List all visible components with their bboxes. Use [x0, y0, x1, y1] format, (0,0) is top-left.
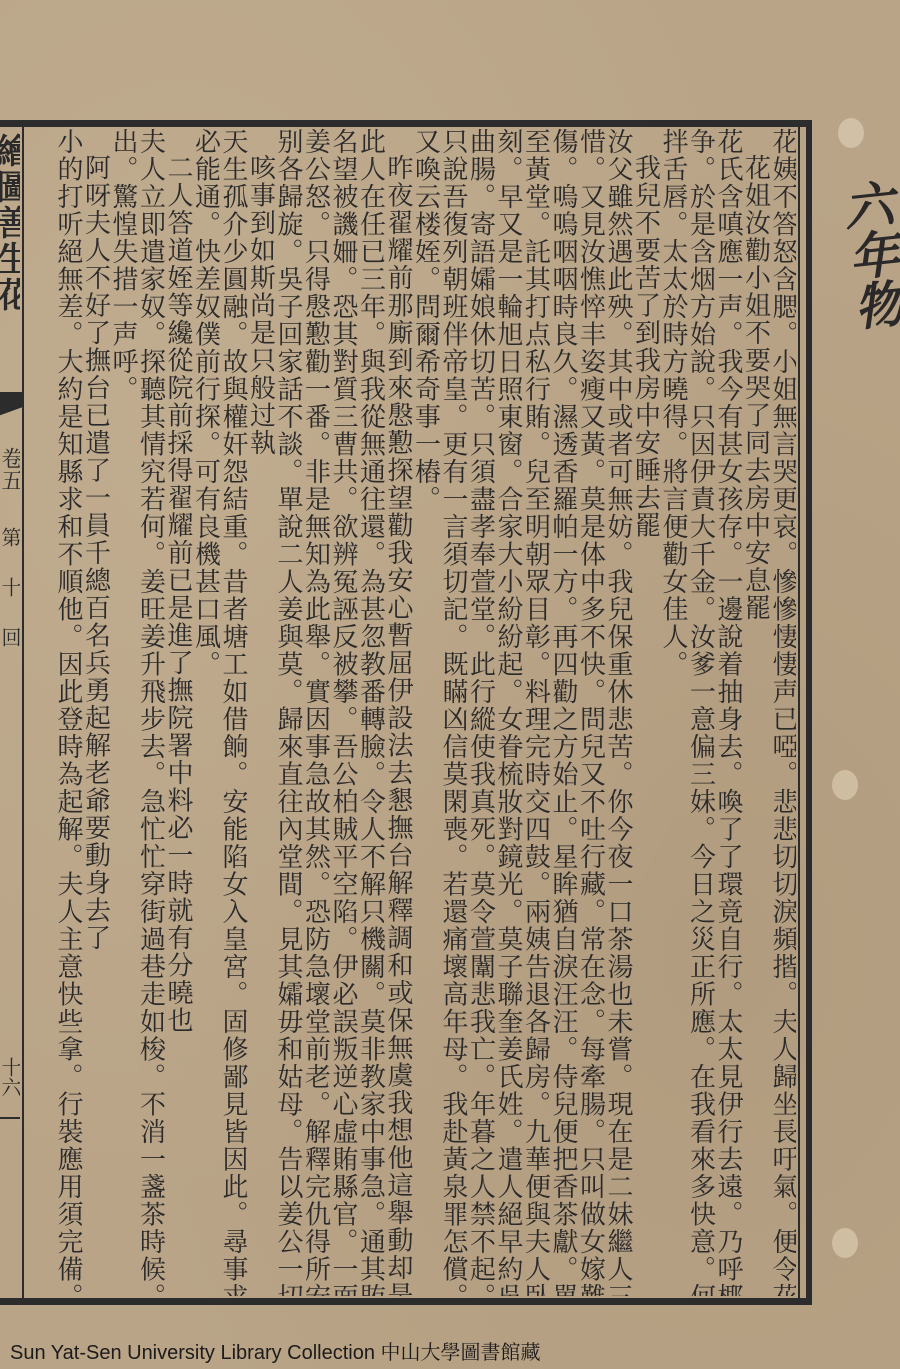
- text-column: 天生孤介少圓融。故與權奸怨結重。昔者塘工如借餉。安能陷女入皇宮。固修鄙見皆因此。…: [219, 128, 247, 1296]
- text-column: 至黃堂。託其打点私行賄。兒至明朝眾目彰。料理完時交四鼓。兩姨告退各歸房。九華便與…: [521, 128, 549, 1296]
- text-column: 阿呀夫人不好了撫台已遣了一員千總百名兵勇起解老爺要動身去了: [81, 128, 109, 1296]
- collection-caption: Sun Yat-Sen University Library Collectio…: [10, 1336, 541, 1365]
- text-column: 花姨不答怒含腮。小姐無言哭更哀。慘慘悽悽声已啞。悲悲切切淚頻揩。夫人歸坐長吁氣。…: [769, 128, 797, 1296]
- paper-blemish: [832, 770, 858, 800]
- text-column: 花姐汝勸小姐不要哭了同去房中安息罷: [741, 128, 769, 1296]
- caption-chinese: 中山大學圖書館藏: [381, 1340, 541, 1364]
- text-column: 出。驚惶失措一声呼。: [109, 128, 137, 1296]
- text-column: 此人在任已三年。與我從無通往還。為甚忽教番轉臉。令人不解只機關。莫非教家中事急。…: [356, 128, 384, 1296]
- handwritten-annotation: 六年物: [830, 177, 900, 332]
- text-column: 傷。嗚嗚咽咽時良久。濕透香羅帕一方。再四勸之方始止。星眸猶自淚汪汪。侍兒便把香茶…: [549, 128, 577, 1296]
- caption-english: Sun Yat-Sen University Library Collectio…: [10, 1342, 375, 1364]
- text-column: 咳事到如斯尚是只般过執: [246, 128, 274, 1296]
- text-column: 拌舌唇。太太於時方曉得。將言便勸女佳人。: [659, 128, 687, 1296]
- text-column: 别各歸旋。吳子回家話不談。單說二人姜與莫。歸來直往內堂間。見其孀毋和姑母。告以姜…: [274, 128, 302, 1296]
- chapter-label: 第十回: [0, 527, 20, 767]
- book-title: 繪圖善生花: [0, 133, 20, 393]
- text-column: 刻。早又是一輪旭日照東窗。合家大小紛紛起。女眷梳妝對鏡光。莫子聯奎姜氏姓。遣人絕…: [494, 128, 522, 1296]
- text-column: 又喚云楼姪。問爾希奇事一樁。: [411, 128, 439, 1296]
- inner-border-line: [798, 127, 800, 1298]
- fishtail-mark: [0, 392, 22, 426]
- body-text: 花姨不答怒含腮。小姐無言哭更哀。慘慘悽悽声已啞。悲悲切切淚頻揩。夫人歸坐長吁氣。…: [28, 128, 796, 1296]
- text-column: 汝父雖然遇此殃。其中或者可無妨。我兒保重休悲苦。你今夜一口茶湯也未嘗。現在是二妹…: [604, 128, 632, 1296]
- scanned-book-page: 繪圖善生花 卷五 第十回 十六 花姨不答怒含腮。小姐無言哭更哀。慘慘悽悽声已啞。…: [0, 0, 900, 1369]
- text-column: 姜公怒。只得慇懃勸一番。非是無知為此舉。實因事急故其然。恐防急壞堂前老。解釋完仇…: [301, 128, 329, 1296]
- text-column: 昨夜翟耀前那廝到來慇懃探望勸我安心暫屈伊設法去懇撫台解釋調和或保無虞我想他這舉動…: [384, 128, 412, 1296]
- text-column: 二人答道姪等纔從院前採得翟耀前已是進了撫院署中料必一時就有分曉也: [164, 128, 192, 1296]
- center-margin-strip: 繪圖善生花 卷五 第十回 十六: [0, 127, 24, 1298]
- text-column: 曲腸。寄語孀娘休切苦。只須盡孝奉萱堂。此行縱使我真死。莫令萱闈悲我亡。年暮之人禁…: [466, 128, 494, 1296]
- text-column: 必能通。快差奴僕前行探。可有良機甚口風。: [191, 128, 219, 1296]
- volume-label: 卷五: [0, 447, 20, 507]
- text-column: 夫人立即遣家奴。探聽其情究若何。姜旺姜升飛步去。急忙忙穿街過巷走如梭。不消一盞茶…: [136, 128, 164, 1296]
- text-column: 惜。又見汝憔悴丰姿瘦又黃。莫是体中多不快。問兒又不吐行藏。常在念。每牽腸。只叫做…: [576, 128, 604, 1296]
- text-column: 花氏含嗔應一声。我今有甚女孩存。一邊說着抽身去。喚了了環竟自行。太太見伊行去遠。…: [714, 128, 742, 1296]
- page-number: 十六: [0, 1057, 20, 1119]
- text-column: 争。於是含烟方始說。只因伊責大千金。汝爹一意偏三妹。今日之災正所應。在我看來多快…: [686, 128, 714, 1296]
- text-column: 名望被譏姍。恐其對質三曹共。欲辨冤誣反被攀。吾公柏賊平空陷。伊必誤叛逆心虛賄縣官…: [329, 128, 357, 1296]
- text-column: 只說吾復列朝班伴帝皇。更有一言須切記。既瞞凶信莫閑喪。若還痛壞高年母。我赴黃泉罪…: [439, 128, 467, 1296]
- text-column: 小的打听絕無差。大約是知縣求和不順他。因此登時為起解。夫人主意快些拿。行裝應用須…: [54, 128, 82, 1296]
- paper-blemish: [832, 1228, 858, 1258]
- paper-blemish: [838, 118, 864, 148]
- text-column: 我兒不要苦了到我房中安睡去罷: [631, 128, 659, 1296]
